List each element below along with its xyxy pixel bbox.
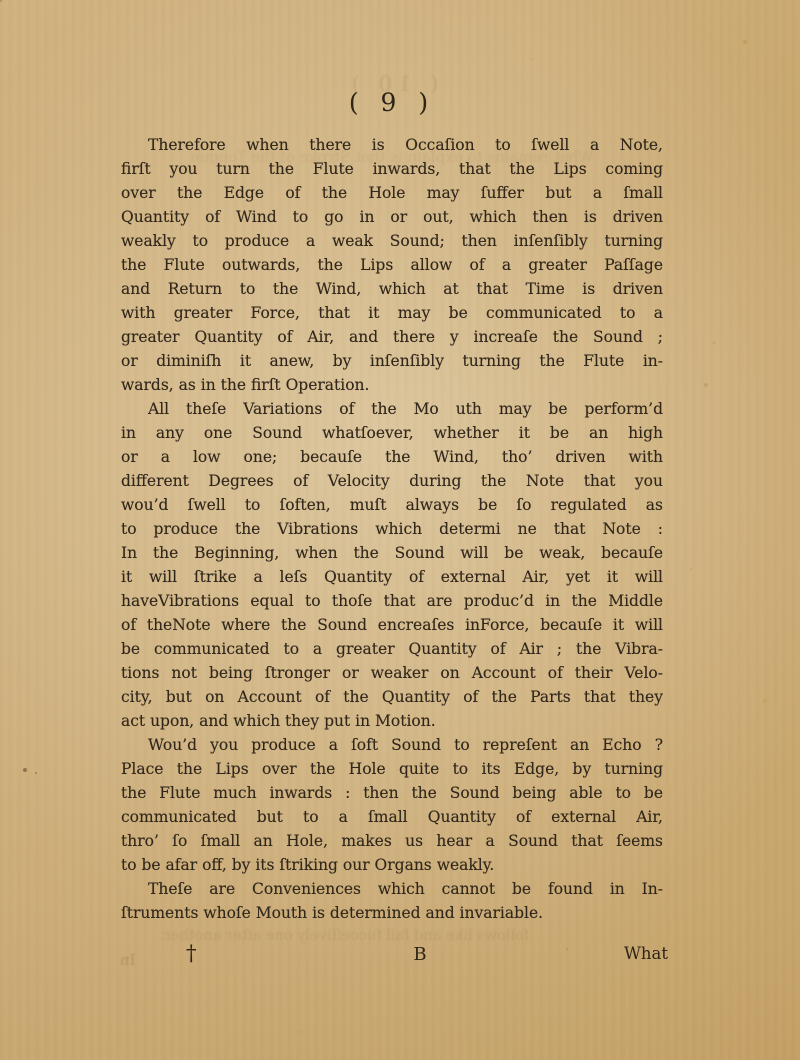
bleed-through-text: follows like and fall ſucceſſively one a…: [110, 928, 580, 944]
text-line: In the Beginning, when the Sound will be…: [121, 541, 663, 565]
text-line: the Flute outwards, the Lips allow of a …: [121, 253, 663, 277]
text-line: thro’ ſo ſmall an Hole, makes us hear a …: [121, 829, 663, 853]
text-line: it will ſtrike a leſs Quantity of extern…: [121, 565, 663, 589]
text-line: with greater Force, that it may be commu…: [121, 301, 663, 325]
text-line: Theſe are Conveniences which cannot be f…: [121, 877, 663, 901]
paragraph: Wou’d you produce a ſoft Sound to repreſ…: [121, 733, 663, 877]
foxing-spots: [0, 0, 2, 2]
text-line: ſtruments whoſe Mouth is determined and …: [121, 901, 663, 925]
text-line: Therefore when there is Occaſion to ſwel…: [121, 133, 663, 157]
text-line: city, but on Account of the Quantity of …: [121, 685, 663, 709]
text-line: haveVibrations equal to thoſe that are p…: [121, 589, 663, 613]
text-line: Wou’d you produce a ſoft Sound to repreſ…: [121, 733, 663, 757]
text-line: or a low one; becauſe the Wind, tho’ dri…: [121, 445, 663, 469]
text-line: of theNote where the Sound encreaſes inF…: [121, 613, 663, 637]
paragraph: All theſe Variations of the Mo uth may b…: [121, 397, 663, 733]
dagger-mark: †: [186, 941, 197, 965]
text-line: Place the Lips over the Hole quite to it…: [121, 757, 663, 781]
text-line: All theſe Variations of the Mo uth may b…: [121, 397, 663, 421]
text-line: to produce the Vibrations which determi …: [121, 517, 663, 541]
page-number: ( 9 ): [121, 88, 663, 117]
text-line: different Degrees of Velocity during the…: [121, 469, 663, 493]
book-page: ( 10 ) What remains to explain is that S…: [0, 0, 800, 1060]
catchword: What: [624, 944, 668, 963]
text-line: weakly to produce a weak Sound; then inſ…: [121, 229, 663, 253]
text-line: firſt you turn the Flute inwards, that t…: [121, 157, 663, 181]
text-line: greater Quantity of Air, and there y inc…: [121, 325, 663, 349]
text-line: in any one Sound whatſoever, whether it …: [121, 421, 663, 445]
text-line: Quantity of Wind to go in or out, which …: [121, 205, 663, 229]
text-line: be communicated to a greater Quantity of…: [121, 637, 663, 661]
text-line: over the Edge of the Hole may ſuffer but…: [121, 181, 663, 205]
text-line: communicated but to a ſmall Quantity of …: [121, 805, 663, 829]
text-line: the Flute much inwards : then the Sound …: [121, 781, 663, 805]
paragraph: Theſe are Conveniences which cannot be f…: [121, 877, 663, 925]
text-line: tions not being ſtronger or weaker on Ac…: [121, 661, 663, 685]
text-block: Therefore when there is Occaſion to ſwel…: [121, 133, 663, 925]
text-line: wards, as in the firſt Operation.: [121, 373, 663, 397]
signature-mark: B: [404, 944, 436, 965]
text-line: act upon, and which they put in Motion.: [121, 709, 663, 733]
text-line: and Return to the Wind, which at that Ti…: [121, 277, 663, 301]
text-line: or diminiſh it anew, by inſenſibly turni…: [121, 349, 663, 373]
text-line: wou’d ſwell to ſoften, muſt always be ſo…: [121, 493, 663, 517]
bleed-through-catchword: In: [120, 951, 136, 969]
text-line: to be afar off, by its ſtriking our Orga…: [121, 853, 663, 877]
paragraph: Therefore when there is Occaſion to ſwel…: [121, 133, 663, 397]
